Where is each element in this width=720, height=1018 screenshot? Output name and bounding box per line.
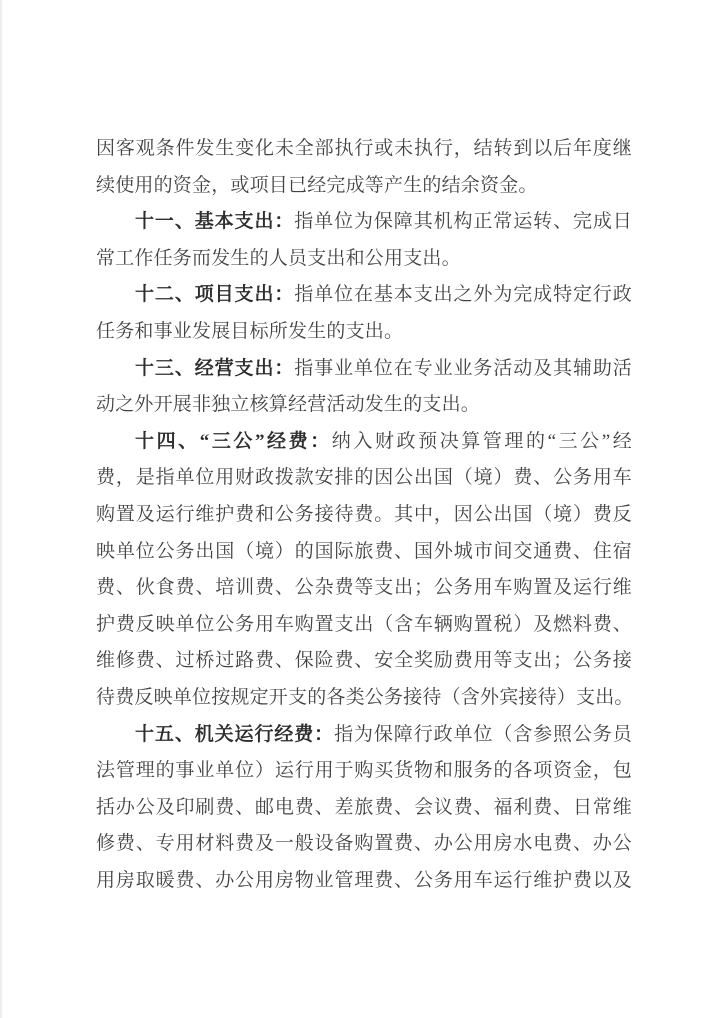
- text-line: 常工作任务而发生的人员支出和公用支出。: [96, 241, 632, 278]
- clause-body: 指单位在基本支出之外为完成特定行政: [294, 284, 632, 305]
- text-line: 法管理的事业单位）运行用于购买货物和服务的各项资金，包: [96, 753, 632, 790]
- text-line: 因客观条件发生变化未全部执行或未执行，结转到以后年度继: [96, 131, 632, 168]
- text-line: 任务和事业发展目标所发生的支出。: [96, 314, 632, 351]
- clause-heading: 十五、机关运行经费：: [135, 724, 334, 745]
- text-line: 费，是指单位用财政拨款安排的因公出国（境）费、公务用车: [96, 460, 632, 497]
- text-line: 十五、机关运行经费：指为保障行政单位（含参照公务员: [96, 717, 632, 754]
- text-line: 购置及运行维护费和公务接待费。其中，因公出国（境）费反: [96, 497, 632, 534]
- clause-heading: 十二、项目支出：: [135, 284, 294, 305]
- text-line: 十四、“三公”经费：纳入财政预决算管理的“三公”经: [96, 424, 632, 461]
- text-line: 维修费、过桥过路费、保险费、安全奖励费用等支出；公务接: [96, 643, 632, 680]
- clause-body: 指为保障行政单位（含参照公务员: [334, 724, 632, 745]
- clause-body: 指事业单位在专业业务活动及其辅助活: [294, 358, 632, 379]
- text-line: 续使用的资金，或项目已经完成等产生的结余资金。: [96, 168, 632, 205]
- clause-heading: 十三、经营支出：: [135, 358, 294, 379]
- document-page: 因客观条件发生变化未全部执行或未执行，结转到以后年度继 续使用的资金，或项目已经…: [96, 131, 632, 899]
- text-line: 护费反映单位公务用车购置支出（含车辆购置税）及燃料费、: [96, 607, 632, 644]
- text-line: 十一、基本支出：指单位为保障其机构正常运转、完成日: [96, 204, 632, 241]
- text-line: 费、伙食费、培训费、公杂费等支出；公务用车购置及运行维: [96, 570, 632, 607]
- scan-edge-shadow: [0, 0, 3, 1018]
- clause-heading: 十四、“三公”经费：: [135, 431, 332, 452]
- text-line: 待费反映单位按规定开支的各类公务接待（含外宾接待）支出。: [96, 680, 632, 717]
- text-line: 映单位公务出国（境）的国际旅费、国外城市间交通费、住宿: [96, 534, 632, 571]
- text-line: 修费、专用材料费及一般设备购置费、办公用房水电费、办公: [96, 826, 632, 863]
- text-line: 十二、项目支出：指单位在基本支出之外为完成特定行政: [96, 277, 632, 314]
- clause-heading: 十一、基本支出：: [135, 211, 294, 232]
- clause-body: 指单位为保障其机构正常运转、完成日: [294, 211, 632, 232]
- text-line: 十三、经营支出：指事业单位在专业业务活动及其辅助活: [96, 351, 632, 388]
- clause-body: 纳入财政预决算管理的“三公”经: [332, 431, 632, 452]
- text-line: 括办公及印刷费、邮电费、差旅费、会议费、福利费、日常维: [96, 790, 632, 827]
- text-line: 动之外开展非独立核算经营活动发生的支出。: [96, 387, 632, 424]
- text-line: 用房取暖费、办公用房物业管理费、公务用车运行维护费以及: [96, 863, 632, 900]
